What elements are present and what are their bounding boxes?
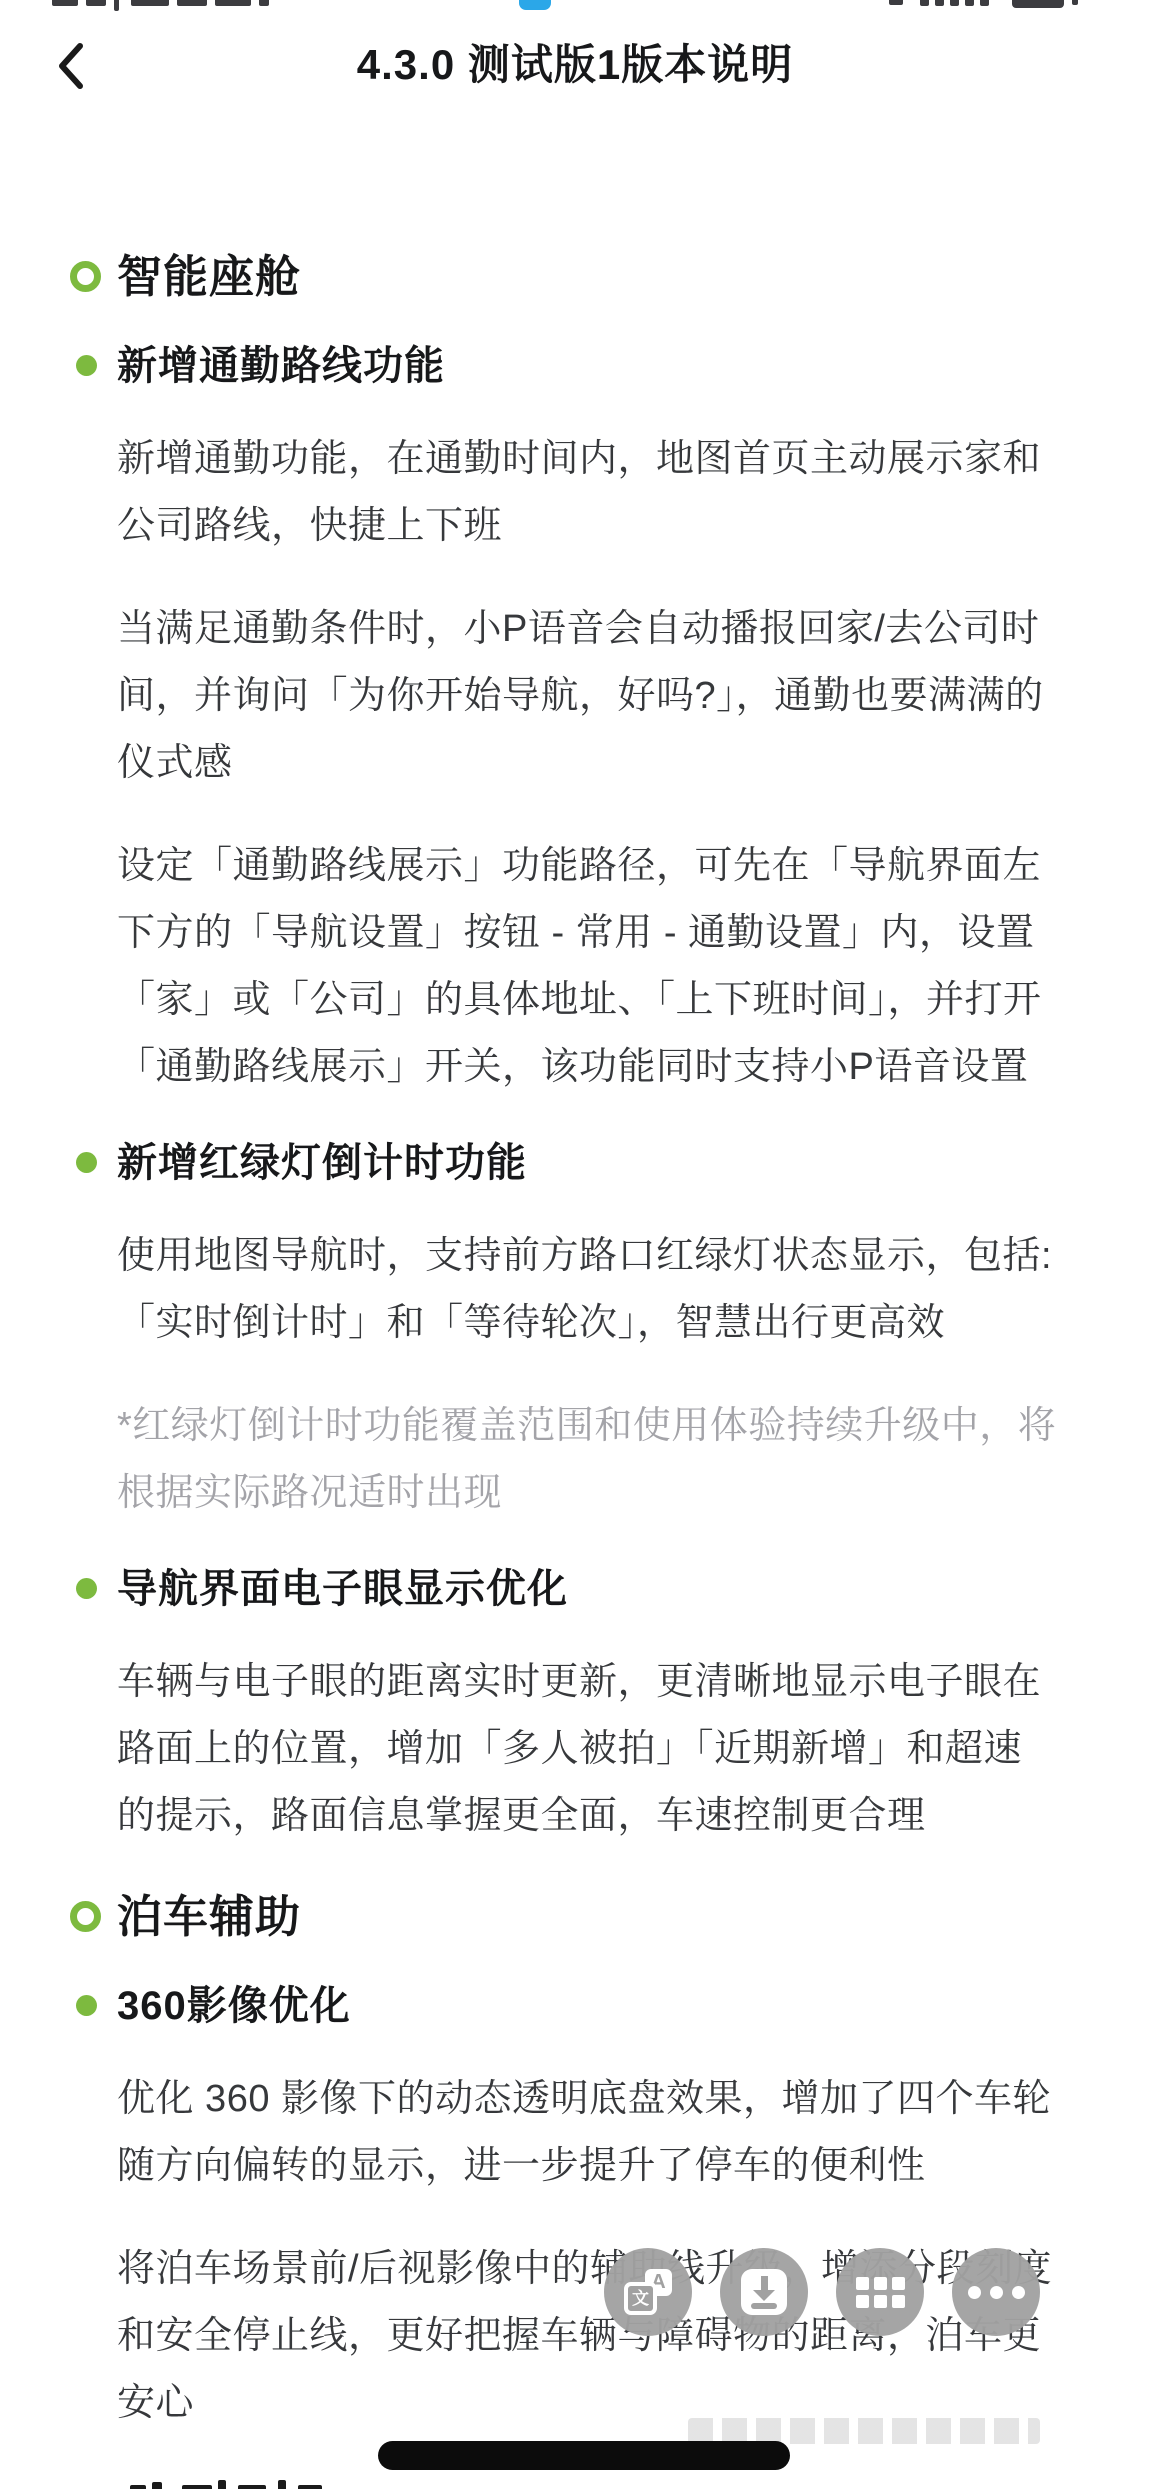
download-button[interactable] bbox=[720, 2248, 808, 2336]
grid-button[interactable] bbox=[836, 2248, 924, 2336]
status-bar bbox=[0, 0, 1150, 14]
wifi-icon-fragment bbox=[965, 0, 974, 6]
dot-bullet-icon bbox=[76, 1995, 97, 2016]
section-title-parking: 泊车辅助 bbox=[117, 1890, 1060, 1944]
item-heading-label: 新增通勤路线功能 bbox=[117, 344, 445, 388]
section-title-cockpit: 智能座舱 bbox=[117, 250, 1060, 304]
wifi-icon-fragment bbox=[935, 0, 944, 6]
ring-bullet-icon bbox=[70, 1901, 101, 1932]
dot-bullet-icon bbox=[76, 1578, 97, 1599]
footnote-paragraph: *红绿灯倒计时功能覆盖范围和使用体验持续升级中，将根据实际路况适时出现 bbox=[117, 1393, 1060, 1527]
paragraph: 当满足通勤条件时，小P语音会自动播报回家/去公司时间，并询问「为你开始导航，好吗… bbox=[117, 596, 1060, 797]
floating-tool-dock: A 文 bbox=[604, 2248, 1040, 2336]
translate-icon: A 文 bbox=[624, 2269, 672, 2315]
network-speed-fragment bbox=[259, 0, 269, 6]
network-speed-fragment bbox=[131, 0, 169, 6]
time-text-fragment bbox=[52, 0, 78, 6]
paragraph: 设定「通勤路线展示」功能路径，可先在「导航界面左下方的「导航设置」按钮 - 常用… bbox=[117, 833, 1060, 1101]
ellipsis-icon bbox=[968, 2286, 1025, 2299]
signal-icon-fragment bbox=[889, 0, 903, 5]
item-heading-label: 新增红绿灯倒计时功能 bbox=[117, 1141, 527, 1185]
network-speed-fragment bbox=[215, 0, 251, 6]
section-title-label: 智能座舱 bbox=[117, 251, 301, 302]
release-notes-content[interactable]: 智能座舱 新增通勤路线功能 新增通勤功能，在通勤时间内，地图首页主动展示家和公司… bbox=[117, 110, 1060, 2437]
app-screen: 4.3.0 测试版1版本说明 智能座舱 新增通勤路线功能 新增通勤功能，在通勤时… bbox=[0, 0, 1150, 2489]
paragraph: 使用地图导航时，支持前方路口红绿灯状态显示，包括:「实时倒计时」和「等待轮次」，… bbox=[117, 1223, 1060, 1357]
download-icon bbox=[741, 2269, 787, 2315]
more-button[interactable] bbox=[952, 2248, 1040, 2336]
item-heading-commute: 新增通勤路线功能 bbox=[117, 342, 1060, 390]
divider-fragment bbox=[114, 0, 119, 11]
grid-icon bbox=[856, 2277, 905, 2308]
item-heading-360-camera: 360影像优化 bbox=[117, 1982, 1060, 2030]
translate-button[interactable]: A 文 bbox=[604, 2248, 692, 2336]
item-heading-label: 导航界面电子眼显示优化 bbox=[117, 1567, 568, 1611]
item-heading-camera-display: 导航界面电子眼显示优化 bbox=[117, 1565, 1060, 1613]
paragraph: 新增通勤功能，在通勤时间内，地图首页主动展示家和公司路线，快捷上下班 bbox=[117, 426, 1060, 560]
nav-header: 4.3.0 测试版1版本说明 bbox=[0, 14, 1150, 114]
wifi-icon-fragment bbox=[980, 0, 989, 6]
section-title-label: 泊车辅助 bbox=[117, 1891, 301, 1942]
wifi-icon-fragment bbox=[950, 0, 959, 6]
item-heading-label: 360影像优化 bbox=[117, 1984, 351, 2028]
paragraph: 优化 360 影像下的动态透明底盘效果，增加了四个车轮随方向偏转的显示，进一步提… bbox=[117, 2066, 1060, 2200]
battery-tip-fragment bbox=[1072, 0, 1078, 5]
time-text-fragment bbox=[86, 0, 106, 6]
item-heading-traffic-light: 新增红绿灯倒计时功能 bbox=[117, 1139, 1060, 1187]
battery-icon-fragment bbox=[1012, 0, 1064, 8]
paragraph: 车辆与电子眼的距离实时更新，更清晰地显示电子眼在路面上的位置，增加「多人被拍」「… bbox=[117, 1649, 1060, 1850]
app-icon-blue bbox=[519, 0, 551, 10]
translate-icon-hanzi: 文 bbox=[624, 2282, 657, 2315]
cutoff-text-fragment bbox=[130, 2476, 360, 2489]
network-speed-fragment bbox=[177, 0, 207, 6]
home-indicator-bar[interactable] bbox=[378, 2441, 790, 2470]
wifi-icon-fragment bbox=[920, 0, 929, 6]
dot-bullet-icon bbox=[76, 1152, 97, 1173]
page-title: 4.3.0 测试版1版本说明 bbox=[0, 38, 1150, 92]
dot-bullet-icon bbox=[76, 355, 97, 376]
ring-bullet-icon bbox=[70, 261, 101, 292]
